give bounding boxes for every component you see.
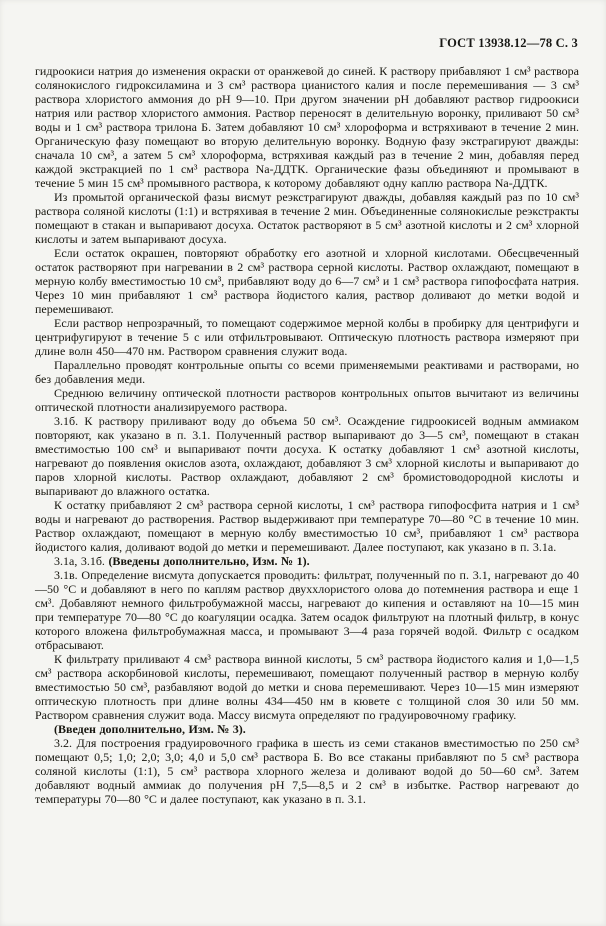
paragraph-text: Среднюю величину оптической плотности ра… xyxy=(35,386,579,414)
paragraph: 3.1в. Определение висмута допускается пр… xyxy=(35,568,579,652)
paragraph-text: Из промытой органической фазы висмут реэ… xyxy=(35,190,579,246)
paragraph-text: Если раствор непрозрачный, то помещают с… xyxy=(35,316,579,358)
paragraph: К фильтрату приливают 4 см³ раствора вин… xyxy=(35,652,579,722)
paragraph-text: (Введен дополнительно, Изм. № 3). xyxy=(54,722,246,736)
paragraph: Из промытой органической фазы висмут реэ… xyxy=(35,190,579,246)
document-page: ГОСТ 13938.12—78 С. 3 гидроокиси натрия … xyxy=(0,0,606,926)
paragraph-text: Параллельно проводят контрольные опыты с… xyxy=(35,358,579,386)
paragraph: 3.2. Для построения градуировочного граф… xyxy=(35,736,579,806)
paragraph: Если раствор непрозрачный, то помещают с… xyxy=(35,316,579,358)
paragraph: Если остаток окрашен, повторяют обработк… xyxy=(35,246,579,316)
paragraph: гидроокиси натрия до изменения окраски о… xyxy=(35,64,579,190)
paragraph-text: (Введены дополнительно, Изм. № 1). xyxy=(108,554,309,568)
paragraph: 3.1а, 3.1б. (Введены дополнительно, Изм.… xyxy=(35,554,579,568)
page-header: ГОСТ 13938.12—78 С. 3 xyxy=(0,36,578,51)
paragraph-text: Если остаток окрашен, повторяют обработк… xyxy=(35,246,579,316)
paragraph: Параллельно проводят контрольные опыты с… xyxy=(35,358,579,386)
paragraph-text: 3.1в. Определение висмута допускается пр… xyxy=(35,568,579,652)
paragraph: (Введен дополнительно, Изм. № 3). xyxy=(35,722,579,736)
paragraph: 3.1б. К раствору приливают воду до объем… xyxy=(35,414,579,498)
paragraph-text: 3.1б. К раствору приливают воду до объем… xyxy=(35,414,579,498)
paragraph-text: К остатку прибавляют 2 см³ раствора серн… xyxy=(35,498,579,554)
paragraph: Среднюю величину оптической плотности ра… xyxy=(35,386,579,414)
paragraph-text: К фильтрату приливают 4 см³ раствора вин… xyxy=(35,652,579,722)
paragraph-text: 3.2. Для построения градуировочного граф… xyxy=(35,736,579,806)
paragraph-text: гидроокиси натрия до изменения окраски о… xyxy=(35,64,579,190)
document-body: гидроокиси натрия до изменения окраски о… xyxy=(35,64,579,806)
paragraph-text: 3.1а, 3.1б. xyxy=(54,554,108,568)
paragraph: К остатку прибавляют 2 см³ раствора серн… xyxy=(35,498,579,554)
